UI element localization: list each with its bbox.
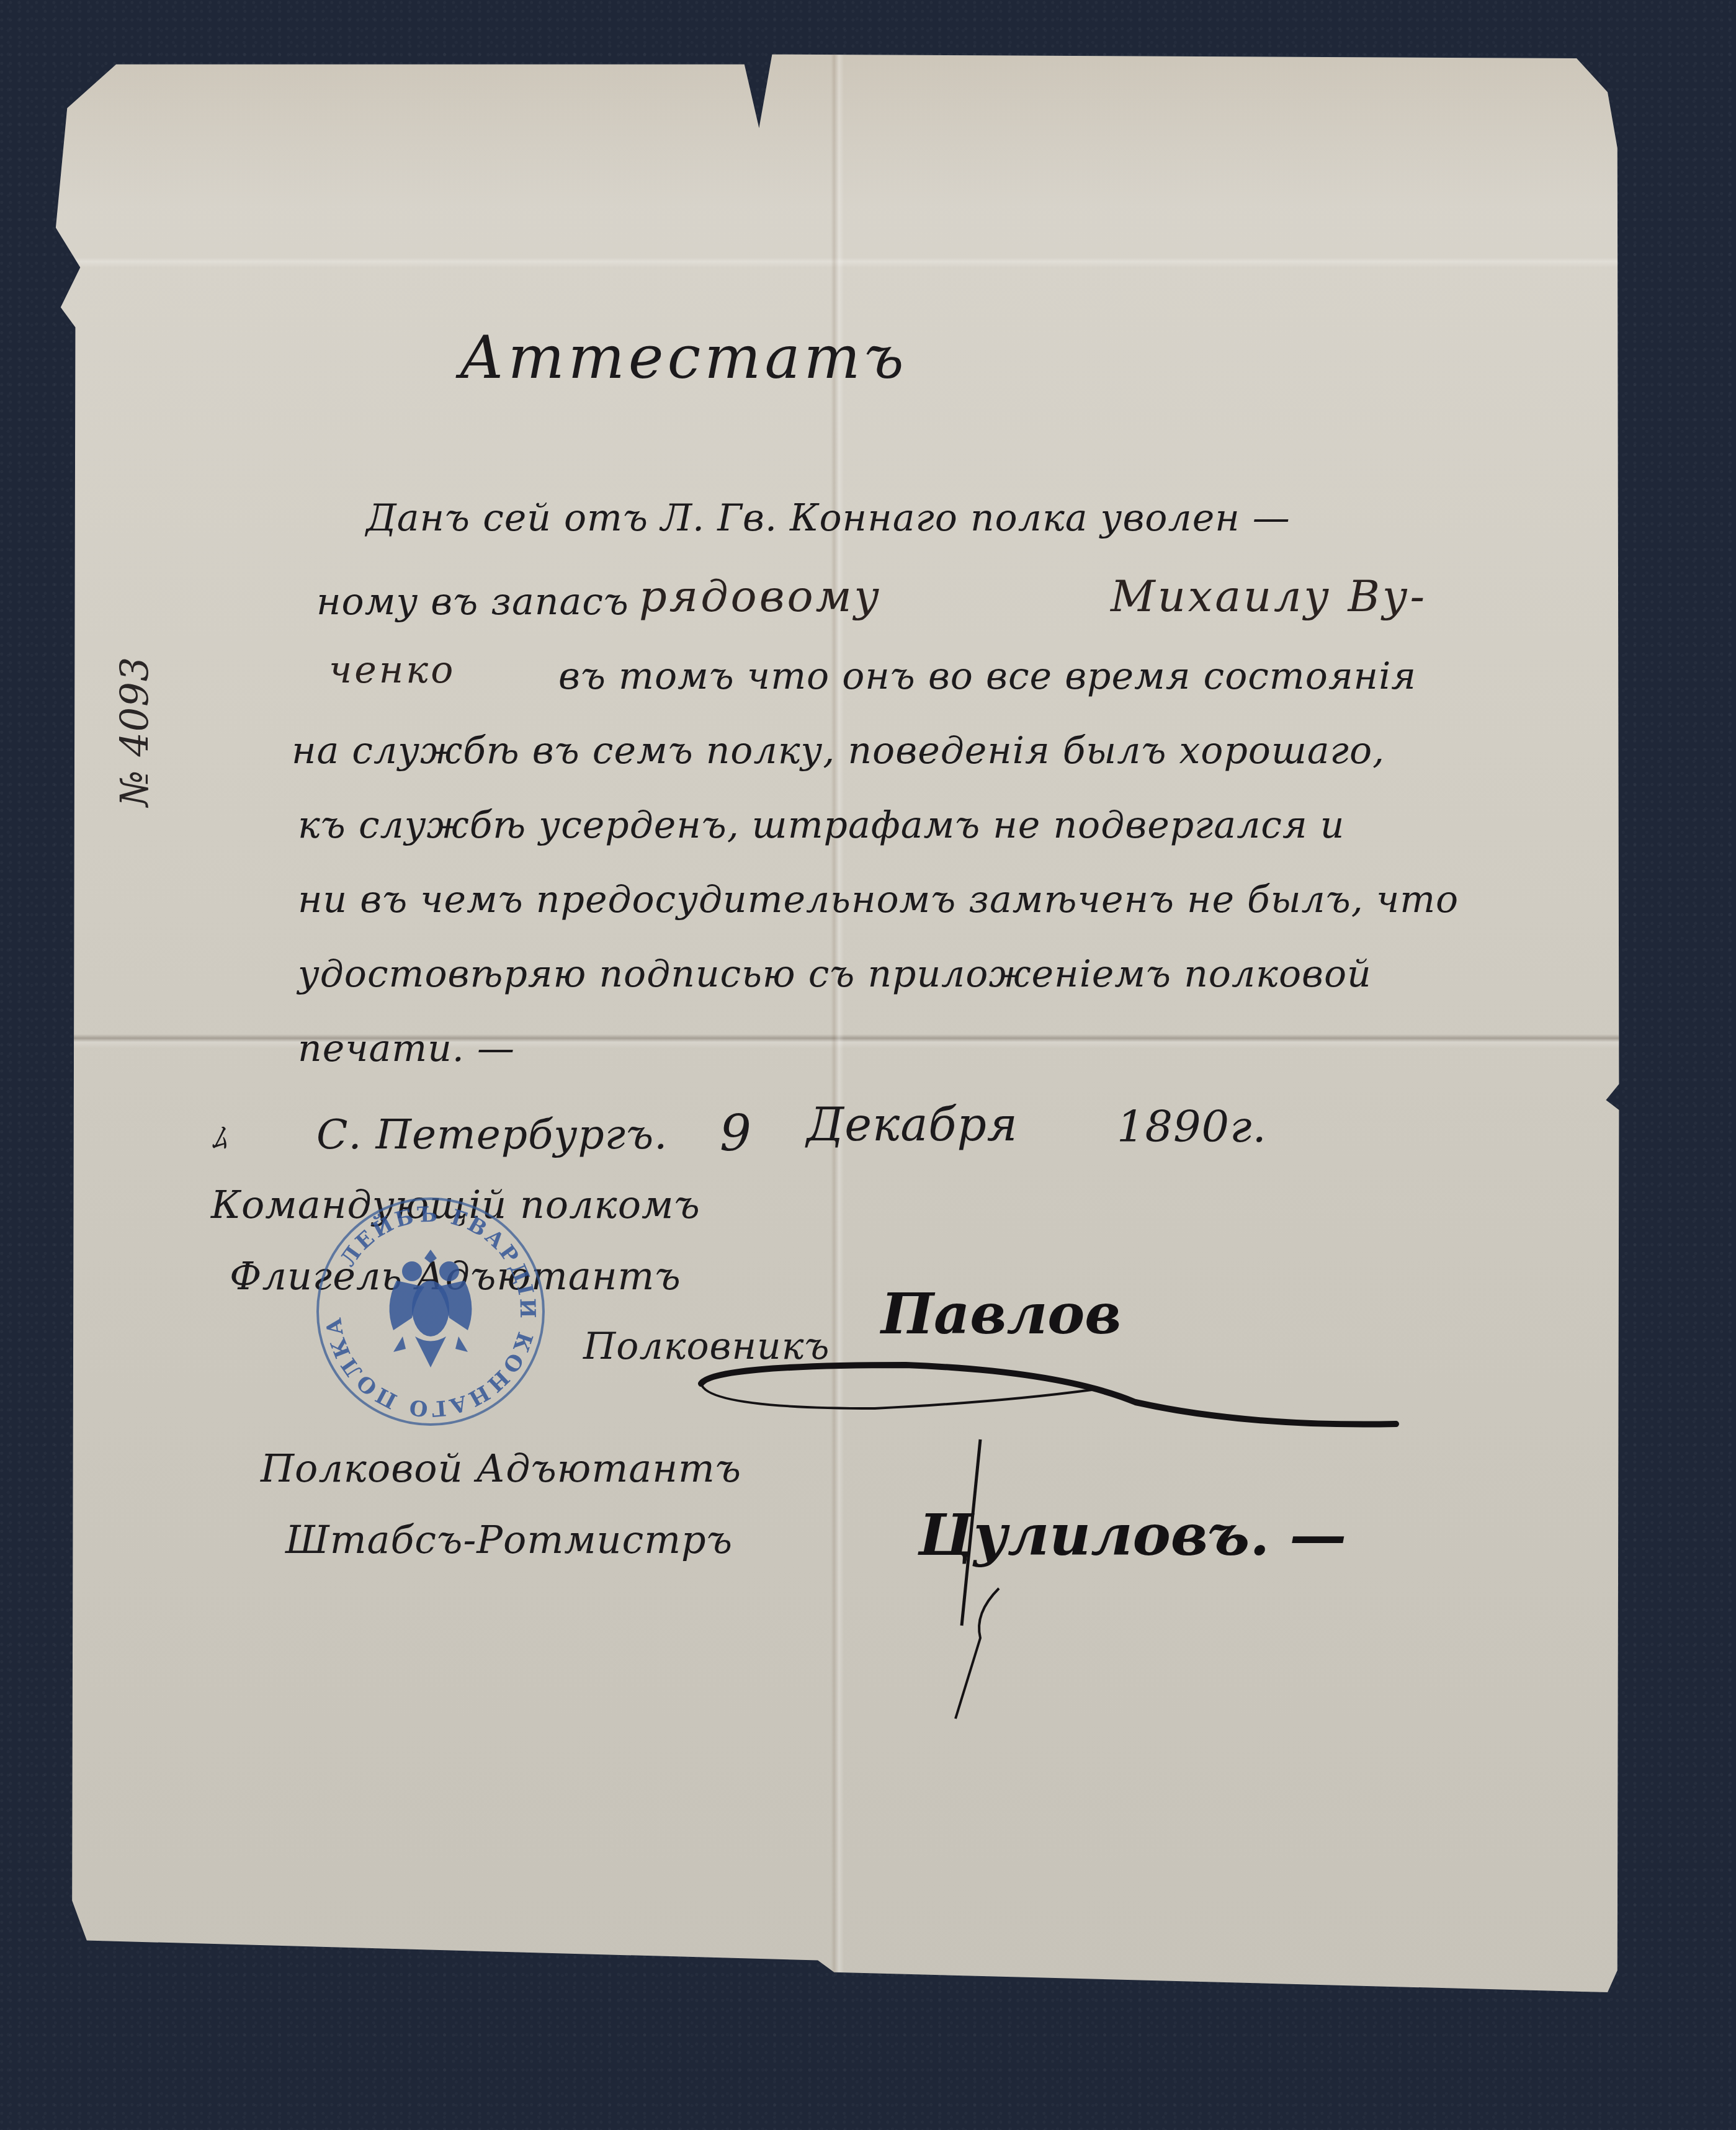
- paraph-mark: ﾑ: [211, 1114, 227, 1158]
- document-title: Аттестатъ: [459, 323, 908, 392]
- adjutant-signature-stroke: [924, 1427, 1049, 1725]
- filled-rank: рядовому: [639, 571, 882, 622]
- body-line-3: въ томъ что онъ во все время состоянія: [558, 655, 1416, 698]
- body-line-8: печати. —: [298, 1027, 515, 1070]
- date-place: С. Петербургъ.: [316, 1111, 668, 1158]
- commander-signature: Павлов: [881, 1281, 1121, 1347]
- signature-flourish: [689, 1340, 1408, 1433]
- registration-number: № 4093: [112, 656, 157, 807]
- body-line-1: Данъ сей отъ Л. Гв. Коннаго полка уволен…: [366, 496, 1291, 540]
- regimental-seal: ЛЕЙБЪ ГВАРДІИ КОННАГО ПОЛКА: [316, 1197, 545, 1426]
- adjutant-title: Полковой Адъютантъ: [261, 1446, 741, 1491]
- body-line-5: къ службѣ усерденъ, штрафамъ не подверга…: [298, 803, 1345, 847]
- body-line-4: на службѣ въ семъ полку, поведенія былъ …: [292, 729, 1385, 772]
- double-headed-eagle-icon: [378, 1243, 483, 1374]
- filled-surname-end: ченко: [329, 648, 455, 692]
- filled-name: Михаилу Ву-: [1111, 571, 1427, 622]
- date-day: 9: [720, 1104, 752, 1162]
- body-line-6: ни въ чемъ предосудительномъ замѣченъ не…: [298, 878, 1459, 921]
- body-line-2: ному въ запасъ: [316, 580, 629, 624]
- adjutant-rank: Штабсъ-Ротмистръ: [285, 1517, 733, 1562]
- date-year: 1890г.: [1117, 1101, 1267, 1152]
- date-month: Декабря: [807, 1098, 1018, 1152]
- body-line-7: удостовѣряю подписью съ приложеніемъ пол…: [298, 952, 1372, 996]
